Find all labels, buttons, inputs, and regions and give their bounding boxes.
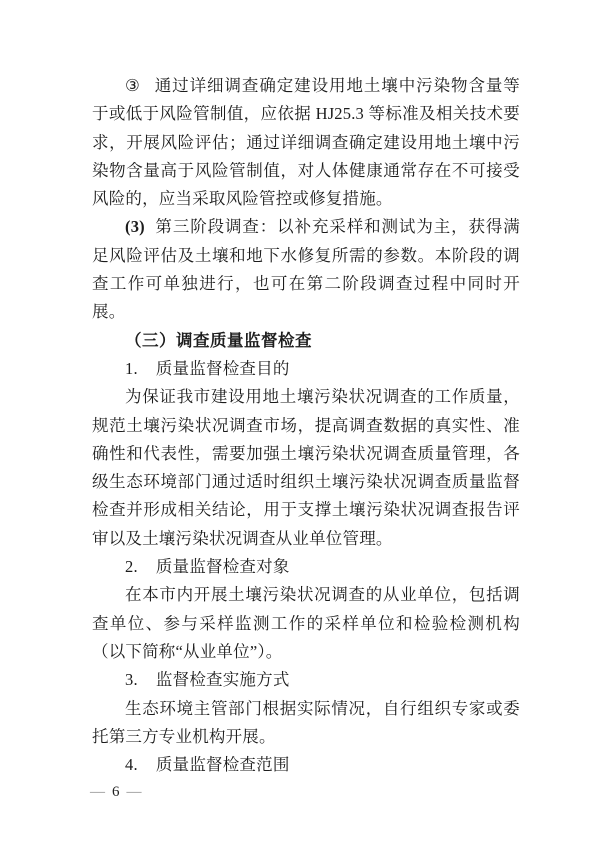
item-number: 1. [125, 359, 138, 378]
item-title-text: 监督检查实施方式 [156, 670, 290, 689]
item-number: 3. [125, 670, 138, 689]
item-title-4: 4.质量监督检查范围 [92, 751, 520, 779]
item-number: 4. [125, 755, 138, 774]
paragraph-purpose: 为保证我市建设用地土壤污染状况调查的工作质量，规范土壤污染状况调查市场，提高调查… [92, 383, 520, 553]
item-title-text: 质量监督检查目的 [156, 359, 290, 378]
item-title-1: 1.质量监督检查目的 [92, 355, 520, 383]
paragraph-method: 生态环境主管部门根据实际情况，自行组织专家或委托第三方专业机构开展。 [92, 695, 520, 752]
item-title-text: 质量监督检查范围 [156, 755, 290, 774]
section-heading-quality-supervision: （三）调查质量监督检查 [92, 327, 520, 355]
paragraph-targets: 在本市内开展土壤污染状况调查的从业单位，包括调查单位、参与采样监测工作的采样单位… [92, 581, 520, 666]
document-page: ③通过详细调查确定建设用地土壤中污染物含量等于或低于风险管制值，应依据 HJ25… [0, 0, 600, 848]
footer-dash-right: — [127, 784, 142, 800]
circled-number-3-marker: ③ [125, 76, 141, 95]
paragraph-stage3-survey: (3)第三阶段调查：以补充采样和测试为主，获得满足风险评估及土壤和地下水修复所需… [92, 213, 520, 326]
item-number: 2. [125, 557, 138, 576]
paragraph-text: 第三阶段调查：以补充采样和测试为主，获得满足风险评估及土壤和地下水修复所需的参数… [92, 217, 520, 321]
item-title-3: 3.监督检查实施方式 [92, 666, 520, 694]
list-marker-3: (3) [125, 217, 145, 236]
paragraph-text: 通过详细调查确定建设用地土壤中污染物含量等于或低于风险管制值，应依据 HJ25.… [92, 76, 520, 208]
paragraph-detail-survey: ③通过详细调查确定建设用地土壤中污染物含量等于或低于风险管制值，应依据 HJ25… [92, 72, 520, 213]
footer-dash-left: — [90, 784, 105, 800]
item-title-text: 质量监督检查对象 [156, 557, 290, 576]
page-footer: —6— [90, 782, 142, 802]
page-number: 6 [112, 784, 120, 800]
document-body: ③通过详细调查确定建设用地土壤中污染物含量等于或低于风险管制值，应依据 HJ25… [92, 72, 520, 779]
item-title-2: 2.质量监督检查对象 [92, 553, 520, 581]
